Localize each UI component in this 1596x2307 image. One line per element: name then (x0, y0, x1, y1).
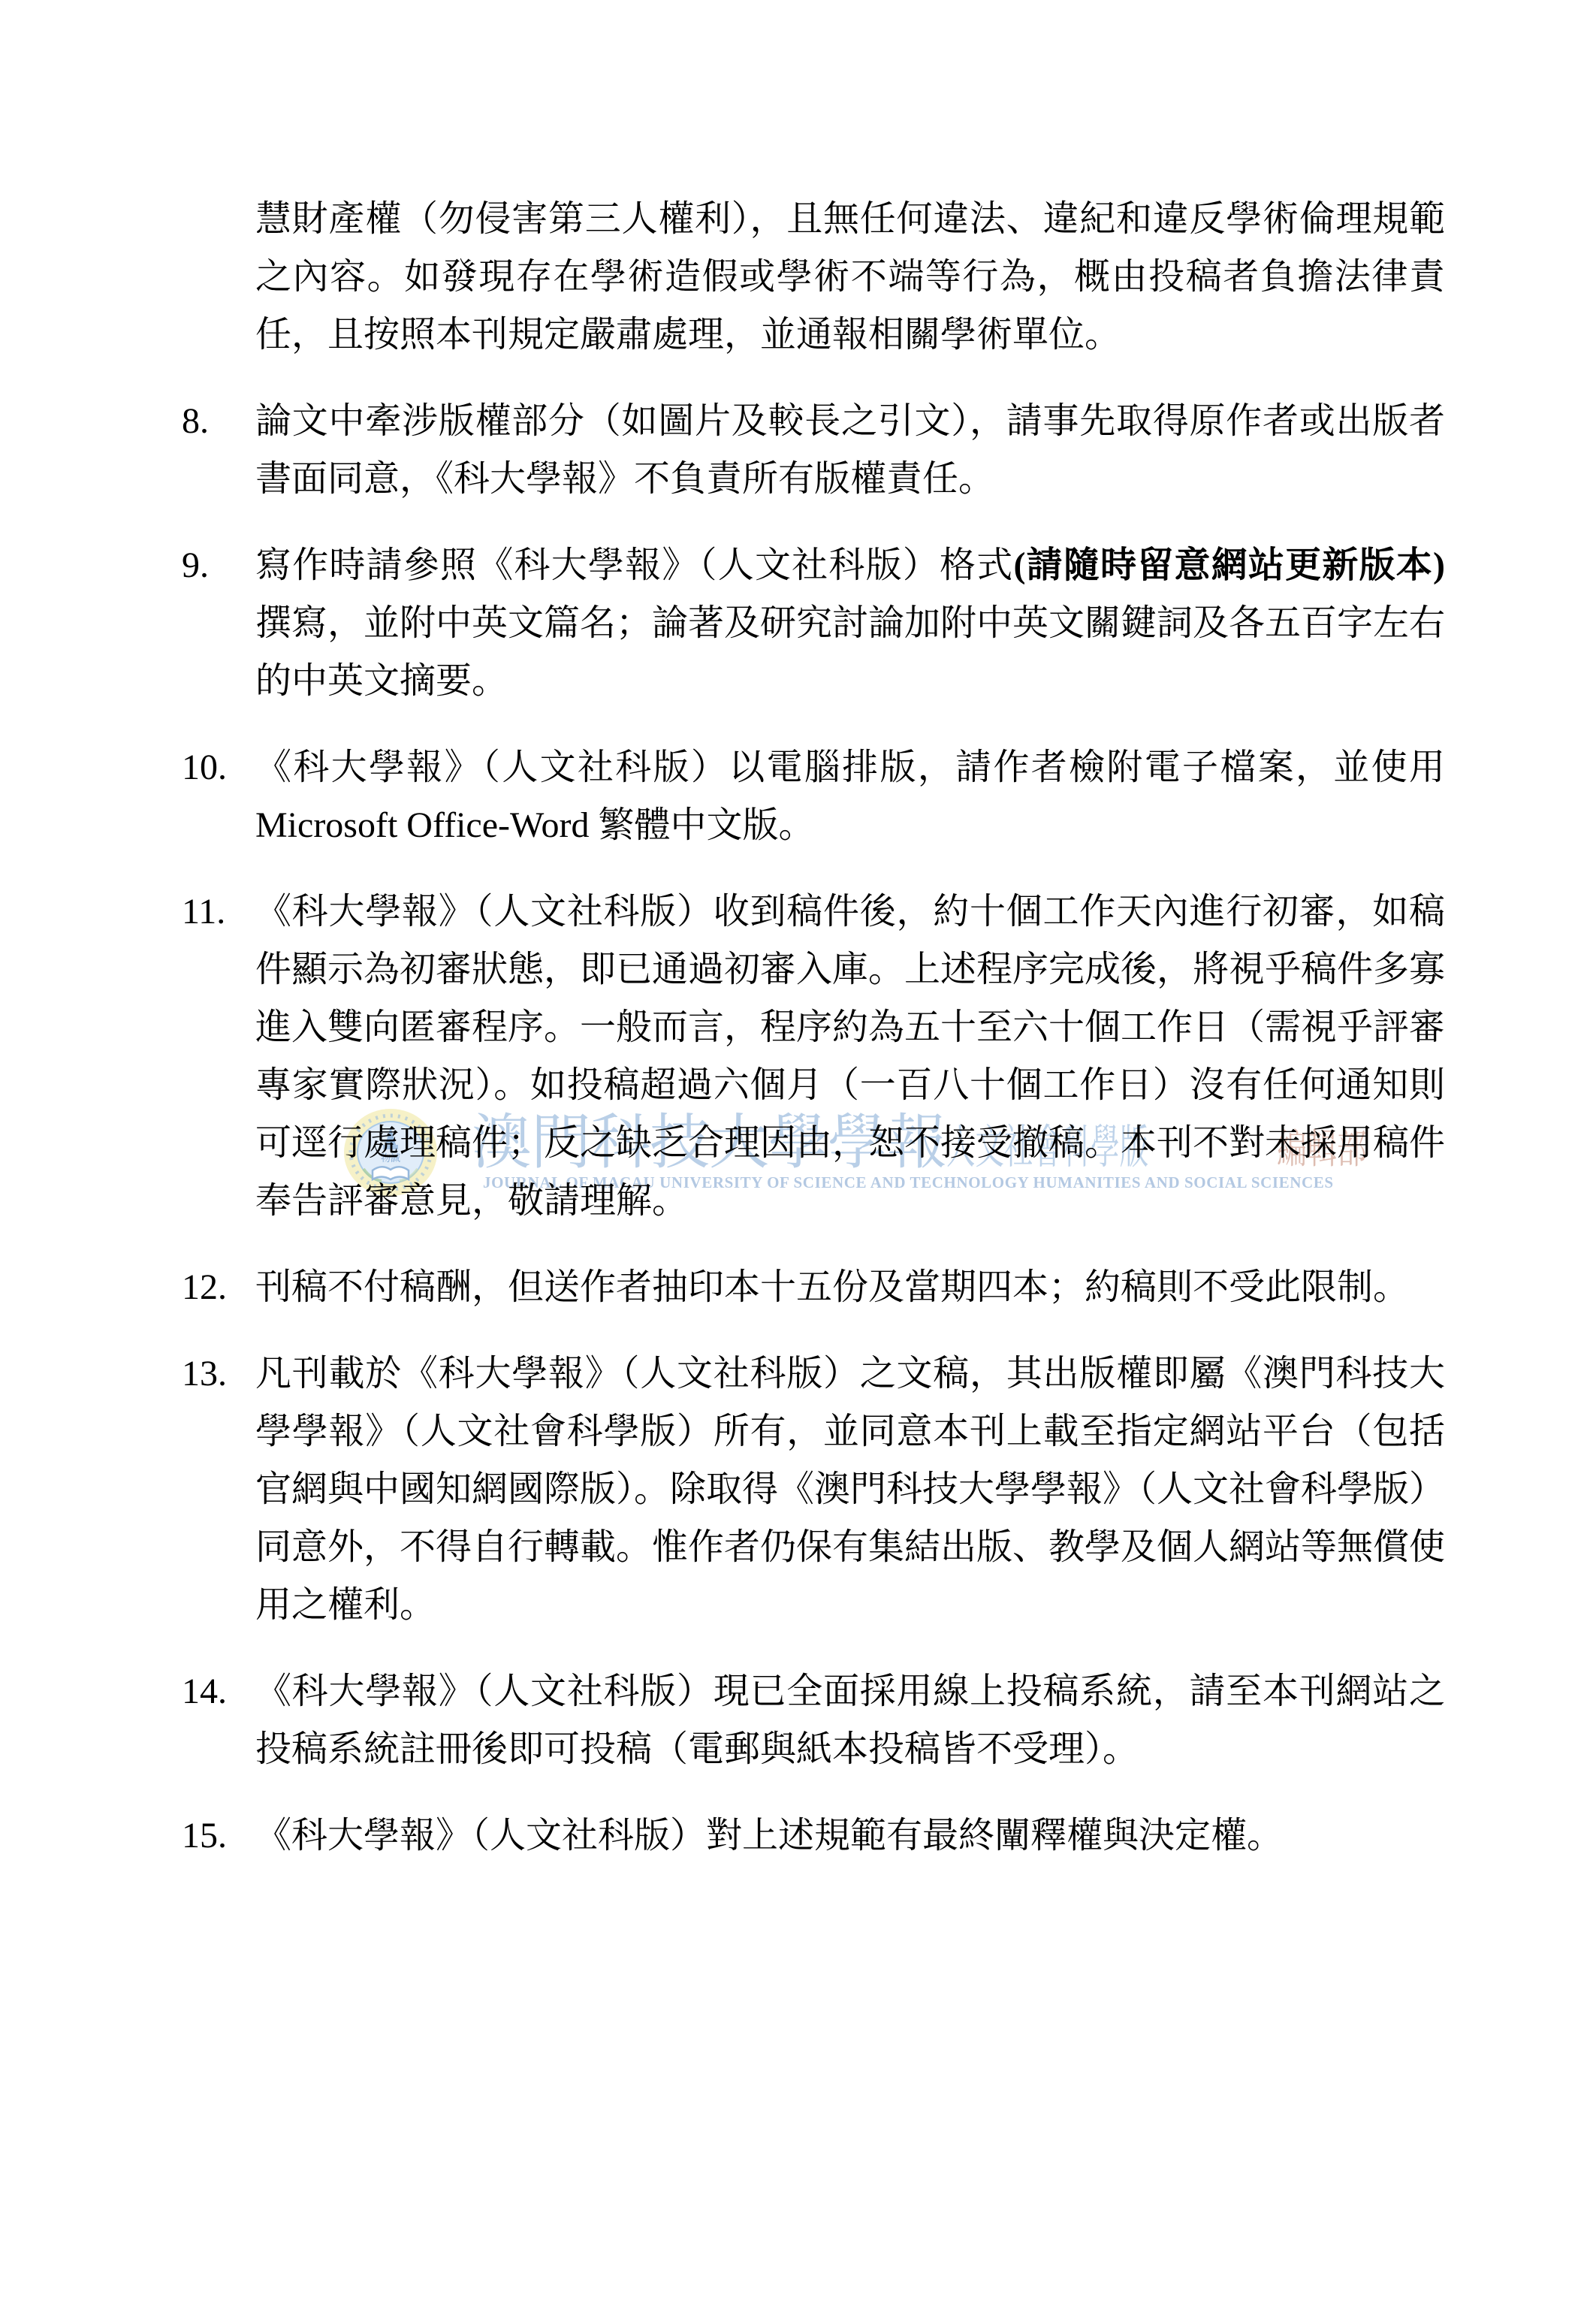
item-text-run: 刊稿不付稿酬，但送作者抽印本十五份及當期四本；約稿則不受此限制。 (255, 1267, 1409, 1307)
item-text: 凡刊載於《科大學報》（人文社科版）之文稿，其出版權即屬《澳門科技大學學報》（人文… (255, 1345, 1445, 1634)
list-item: 12.刊稿不付稿酬，但送作者抽印本十五份及當期四本；約稿則不受此限制。 (0, 1258, 1445, 1316)
list-item: 14.《科大學報》（人文社科版）現已全面採用線上投稿系統，請至本刊網站之投稿系統… (0, 1662, 1445, 1778)
paragraph-continuation: 慧財產權（勿侵害第三人權利），且無任何違法、違紀和違反學術倫理規範之內容。如發現… (0, 190, 1445, 364)
item-text: 《科大學報》（人文社科版）收到稿件後，約十個工作天內進行初審，如稿件顯示為初審狀… (255, 883, 1445, 1230)
item-text-run: 《科大學報》（人文社科版）現已全面採用線上投稿系統，請至本刊網站之投稿系統註冊後… (255, 1671, 1445, 1769)
item-text: 《科大學報》（人文社科版）現已全面採用線上投稿系統，請至本刊網站之投稿系統註冊後… (255, 1662, 1445, 1778)
paragraph-continuation-text: 慧財產權（勿侵害第三人權利），且無任何違法、違紀和違反學術倫理規範之內容。如發現… (255, 190, 1445, 364)
item-text-bold-run: (請隨時留意網站更新版本) (1013, 545, 1445, 585)
item-text: 《科大學報》（人文社科版）以電腦排版，請作者檢附電子檔案，並使用 Microso… (255, 738, 1445, 854)
item-number: 12. (182, 1258, 255, 1316)
item-text-run: 寫作時請參照《科大學報》（人文社科版）格式 (255, 545, 1013, 585)
item-number: 8. (182, 392, 255, 508)
list-item: 8.論文中牽涉版權部分（如圖片及較長之引文），請事先取得原作者或出版者書面同意，… (0, 392, 1445, 508)
item-text-run: 《科大學報》（人文社科版）收到稿件後，約十個工作天內進行初審，如稿件顯示為初審狀… (255, 892, 1445, 1221)
item-text: 論文中牽涉版權部分（如圖片及較長之引文），請事先取得原作者或出版者書面同意，《科… (255, 392, 1445, 508)
list-item: 9.寫作時請參照《科大學報》（人文社科版）格式(請隨時留意網站更新版本)撰寫，並… (0, 536, 1445, 710)
item-number: 10. (182, 738, 255, 854)
list-item: 10.《科大學報》（人文社科版）以電腦排版，請作者檢附電子檔案，並使用 Micr… (0, 738, 1445, 854)
item-number: 15. (182, 1807, 255, 1865)
item-number: 9. (182, 536, 255, 710)
rules-list: 8.論文中牽涉版權部分（如圖片及較長之引文），請事先取得原作者或出版者書面同意，… (0, 392, 1445, 1865)
item-number: 11. (182, 883, 255, 1230)
guidelines-content: 慧財產權（勿侵害第三人權利），且無任何違法、違紀和違反學術倫理規範之內容。如發現… (0, 190, 1445, 1865)
item-text: 《科大學報》（人文社科版）對上述規範有最終闡釋權與決定權。 (255, 1807, 1445, 1865)
item-text-run: 《科大學報》（人文社科版）對上述規範有最終闡釋權與決定權。 (255, 1816, 1283, 1856)
list-item: 15.《科大學報》（人文社科版）對上述規範有最終闡釋權與決定權。 (0, 1807, 1445, 1865)
item-text-run: 撰寫，並附中英文篇名；論著及研究討論加附中英文關鍵詞及各五百字左右的中英文摘要。 (255, 603, 1445, 701)
item-text: 寫作時請參照《科大學報》（人文社科版）格式(請隨時留意網站更新版本)撰寫，並附中… (255, 536, 1445, 710)
item-text-run: 《科大學報》（人文社科版）以電腦排版，請作者檢附電子檔案，並使用 Microso… (255, 747, 1445, 845)
item-text-run: 凡刊載於《科大學報》（人文社科版）之文稿，其出版權即屬《澳門科技大學學報》（人文… (255, 1354, 1445, 1625)
list-item: 13.凡刊載於《科大學報》（人文社科版）之文稿，其出版權即屬《澳門科技大學學報》… (0, 1345, 1445, 1634)
item-text-run: 論文中牽涉版權部分（如圖片及較長之引文），請事先取得原作者或出版者書面同意，《科… (255, 401, 1445, 499)
item-text: 刊稿不付稿酬，但送作者抽印本十五份及當期四本；約稿則不受此限制。 (255, 1258, 1445, 1316)
item-number: 13. (182, 1345, 255, 1634)
item-number: 14. (182, 1662, 255, 1778)
list-item: 11.《科大學報》（人文社科版）收到稿件後，約十個工作天內進行初審，如稿件顯示為… (0, 883, 1445, 1230)
document-page: 物誠 澳門科技大學學報人文社會科學版編輯部 JOURNAL OF MACAU U… (0, 0, 1596, 2307)
